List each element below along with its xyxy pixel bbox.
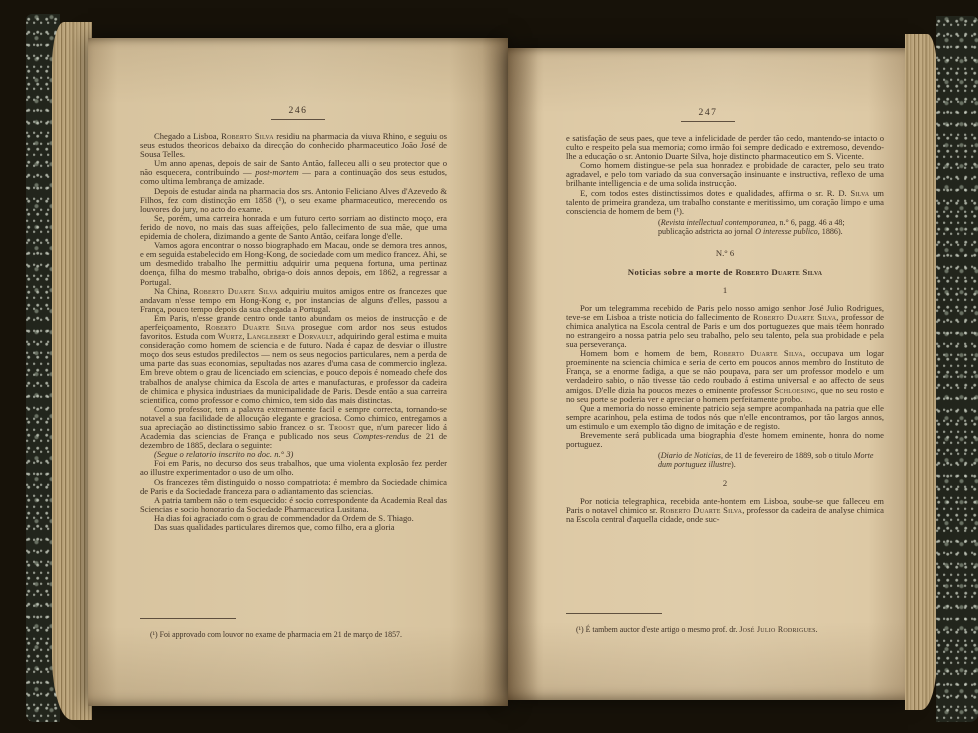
paragraph-body: Foi em Paris, no decurso dos seus trabal… xyxy=(140,459,447,477)
paragraph-body: Em Paris, n'esse grande centro onde tant… xyxy=(140,314,447,405)
footnote-right: (¹) É tambem auctor d'este artigo o mesm… xyxy=(566,613,884,635)
paragraph-body: Vamos agora encontrar o nosso biographad… xyxy=(140,241,447,286)
paragraph-body: Por noticia telegraphica, recebida ante-… xyxy=(566,497,884,524)
paragraph-fnote: (¹) Foi approvado com louvor no exame de… xyxy=(140,631,447,640)
paragraph-snum: 2 xyxy=(566,479,884,488)
paragraph-snum: 1 xyxy=(566,286,884,295)
page-246: 246 Chegado a Lisboa, Roberto Silva resi… xyxy=(88,38,508,706)
book-cover-right-edge xyxy=(936,16,978,722)
text-column-right: e satisfação de seus paes, que teve a in… xyxy=(566,134,884,626)
book-spread: 246 Chegado a Lisboa, Roberto Silva resi… xyxy=(0,0,978,733)
paragraph-fnote: (¹) É tambem auctor d'este artigo o mesm… xyxy=(566,626,884,635)
footnote-text-left: (¹) Foi approvado com louvor no exame de… xyxy=(140,631,447,640)
page-number-header: 246 xyxy=(88,100,508,120)
paragraph-body: Depois de estudar ainda na pharmacia dos… xyxy=(140,187,447,214)
page-number-header: 247 xyxy=(508,102,908,122)
paragraph-cite: (Diario de Noticias, de 11 de fevereiro … xyxy=(658,452,874,470)
paragraph-body: E, com todos estes distinctissimos dotes… xyxy=(566,189,884,216)
footnote-separator xyxy=(566,613,662,614)
paragraph-body: Chegado a Lisboa, Roberto Silva residiu … xyxy=(140,132,447,159)
paragraph-body: Das suas qualidades particulares diremos… xyxy=(140,523,447,532)
paragraph-body: Se, porém, uma carreira honrada e um fut… xyxy=(140,214,447,241)
paragraph-body: Como professor, tem a palavra extremamen… xyxy=(140,405,447,450)
page-number: 247 xyxy=(681,107,736,122)
page-stack-left xyxy=(52,22,92,720)
paragraph-body: Um anno apenas, depois de sair de Santo … xyxy=(140,159,447,186)
page-number: 246 xyxy=(271,105,326,120)
paragraph-body: Brevemente será publicada uma biographia… xyxy=(566,431,884,449)
paragraph-body: Os francezes têm distinguido o nosso com… xyxy=(140,478,447,496)
footnote-left: (¹) Foi approvado com louvor no exame de… xyxy=(140,618,447,640)
paragraph-body: Por um telegramma recebido de Paris pelo… xyxy=(566,304,884,349)
page-247: 247 e satisfação de seus paes, que teve … xyxy=(508,48,908,700)
page-stack-right xyxy=(905,34,937,710)
paragraph-body: Que a memoria do nosso eminente patricio… xyxy=(566,404,884,431)
footnote-separator xyxy=(140,618,236,619)
paragraph-htitle: Noticias sobre a morte de Roberto Duarte… xyxy=(566,268,884,277)
paragraph-cite: (Revista intellectual contemporanea, n.°… xyxy=(658,219,874,237)
paragraph-body: A patria tambem não o tem esquecido: é s… xyxy=(140,496,447,514)
paragraph-bodyni: e satisfação de seus paes, que teve a in… xyxy=(566,134,884,161)
paragraph-body: Como homem distingue-se pela sua honrade… xyxy=(566,161,884,188)
paragraph-hnum: N.° 6 xyxy=(566,249,884,258)
footnote-text-right: (¹) É tambem auctor d'este artigo o mesm… xyxy=(566,626,884,635)
paragraph-body: Na China, Roberto Duarte Silva adquiriu … xyxy=(140,287,447,314)
paragraph-body: Homem bom e homem de bem, Roberto Duarte… xyxy=(566,349,884,404)
text-column-left: Chegado a Lisboa, Roberto Silva residiu … xyxy=(140,132,447,628)
